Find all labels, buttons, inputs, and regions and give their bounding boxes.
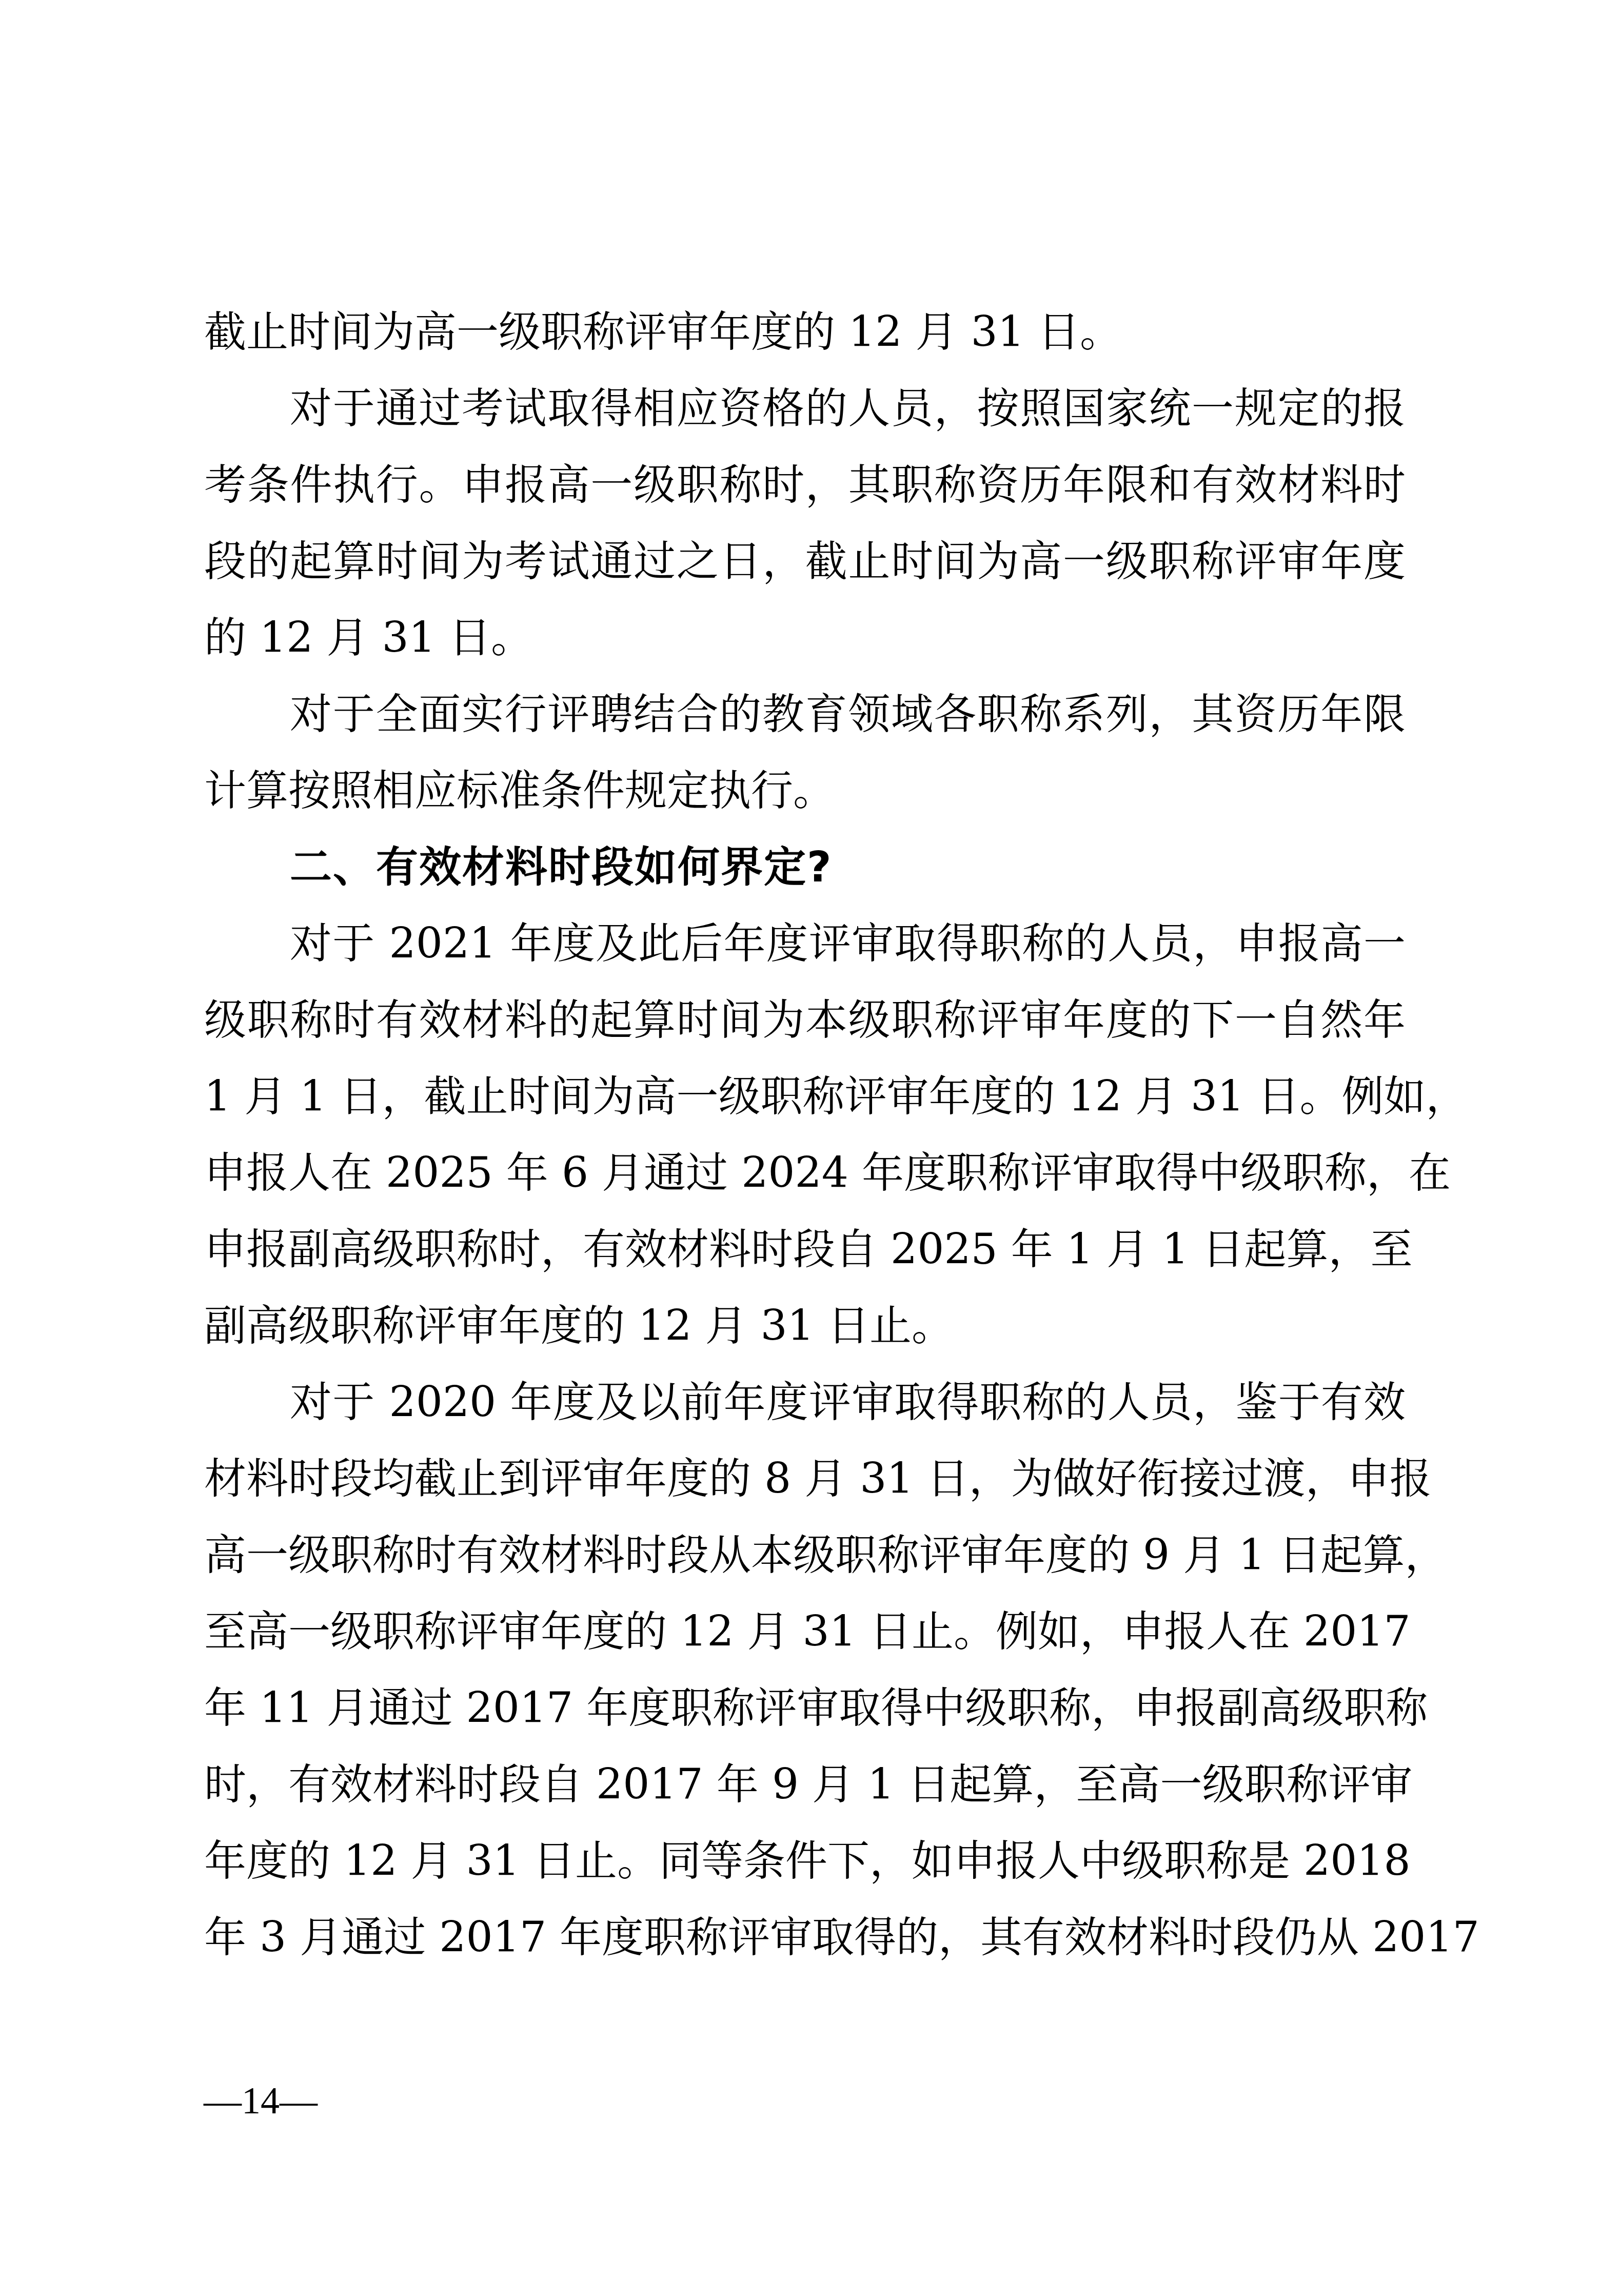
text-line: 对于通过考试取得相应资格的人员，按照国家统一规定的报 bbox=[204, 376, 1406, 452]
text-line: 副高级职称评审年度的 12 月 31 日止。 bbox=[204, 1293, 1406, 1369]
text-line: 截止时间为高一级职称评审年度的 12 月 31 日。 bbox=[204, 299, 1406, 376]
text-line: 年 3 月通过 2017 年度职称评审取得的，其有效材料时段仍从 2017 bbox=[204, 1905, 1406, 1981]
text-line: 考条件执行。申报高一级职称时，其职称资历年限和有效材料时 bbox=[204, 452, 1406, 528]
text-line: 年 11 月通过 2017 年度职称评审取得中级职称，申报副高级职称 bbox=[204, 1675, 1406, 1752]
text-line: 至高一级职称评审年度的 12 月 31 日止。例如，申报人在 2017 bbox=[204, 1599, 1406, 1675]
page-number: —14— bbox=[204, 2078, 318, 2124]
text-line: 申报副高级职称时，有效材料时段自 2025 年 1 月 1 日起算，至 bbox=[204, 1216, 1406, 1293]
text-line: 时，有效材料时段自 2017 年 9 月 1 日起算，至高一级职称评审 bbox=[204, 1752, 1406, 1828]
text-line: 1 月 1 日，截止时间为高一级职称评审年度的 12 月 31 日。例如， bbox=[204, 1064, 1406, 1140]
text-line: 对于 2020 年度及以前年度评审取得职称的人员，鉴于有效 bbox=[204, 1369, 1406, 1446]
text-line: 高一级职称时有效材料时段从本级职称评审年度的 9 月 1 日起算， bbox=[204, 1522, 1406, 1599]
text-line: 段的起算时间为考试通过之日，截止时间为高一级职称评审年度 bbox=[204, 528, 1406, 605]
text-line: 的 12 月 31 日。 bbox=[204, 605, 1406, 681]
text-line: 年度的 12 月 31 日止。同等条件下，如申报人中级职称是 2018 bbox=[204, 1828, 1406, 1905]
document-page: 截止时间为高一级职称评审年度的 12 月 31 日。 对于通过考试取得相应资格的… bbox=[0, 0, 1621, 2296]
section-heading: 二、有效材料时段如何界定? bbox=[204, 834, 1406, 911]
document-body: 截止时间为高一级职称评审年度的 12 月 31 日。 对于通过考试取得相应资格的… bbox=[204, 299, 1406, 1981]
text-line: 申报人在 2025 年 6 月通过 2024 年度职称评审取得中级职称，在 bbox=[204, 1140, 1406, 1216]
text-line: 对于 2021 年度及此后年度评审取得职称的人员，申报高一 bbox=[204, 911, 1406, 987]
text-line: 计算按照相应标准条件规定执行。 bbox=[204, 758, 1406, 834]
text-line: 材料时段均截止到评审年度的 8 月 31 日，为做好衔接过渡，申报 bbox=[204, 1446, 1406, 1522]
text-line: 级职称时有效材料的起算时间为本级职称评审年度的下一自然年 bbox=[204, 987, 1406, 1064]
text-line: 对于全面实行评聘结合的教育领域各职称系列，其资历年限 bbox=[204, 681, 1406, 758]
